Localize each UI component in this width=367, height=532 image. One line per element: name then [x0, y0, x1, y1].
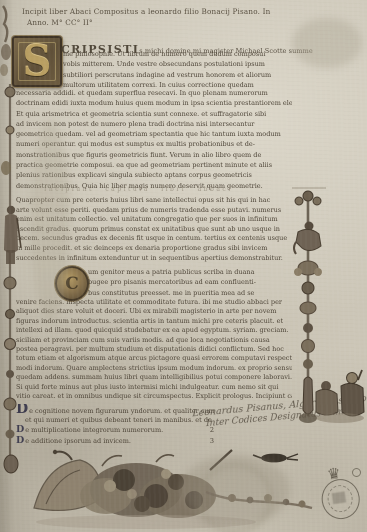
text-line: bus constitutus preesset. me in pueritia…	[88, 288, 290, 298]
text-line: Et quia arismetrica et geometria scienti…	[16, 109, 292, 119]
text-line: arte volunt esse periti. quedam prius de…	[16, 206, 292, 216]
text-line: ad invicem non potest de numero plena tr…	[16, 119, 292, 129]
text-line: intellexi ad illam. quod quicquid studeb…	[16, 326, 292, 335]
decorated-initial-c-icon: C	[55, 266, 89, 301]
initial-letter-s: S	[23, 41, 52, 83]
seated-figures-icon	[312, 368, 367, 426]
text-line: geometrica quedam. vel ad geometriam spe…	[16, 129, 292, 139]
text-line: aliquot dies stare voluit et doceri. Ubi…	[16, 307, 292, 316]
incipit-line-2: Anno. M° CC° II°	[27, 18, 93, 27]
left-margin-ornament-icon	[0, 78, 28, 478]
numbers-paragraph: Quapropter cum pre ceteris huius libri s…	[16, 196, 292, 263]
bas-de-page-foliage-icon	[6, 446, 318, 530]
autobiography-full-lines: venire faciens. inspecta utilitate et co…	[16, 298, 292, 401]
prologue-full-lines: necessaria addidi. et quedam superflua r…	[16, 88, 292, 191]
chapter-label: et qui numeri et quibus debeant teneri i…	[25, 415, 214, 426]
text-line: subtiliori perscrutans indagine ad vestr…	[63, 70, 289, 80]
text-line: me philosophie. Ut librum de numero quem…	[63, 49, 289, 59]
chapter-label: e multiplicatione integrorum numerorum.	[25, 425, 163, 436]
incipit-line-1: Incipit liber Abaci Compositus a leonard…	[22, 7, 271, 16]
chapter-row: D e cognitione novem figurarum yndorum. …	[16, 404, 214, 415]
chapter-label: e additione ipsorum ad invicem.	[25, 436, 131, 447]
text-line: necessaria addidi. et quedam superflua r…	[16, 88, 292, 98]
chapter-list: D e cognitione novem figurarum yndorum. …	[16, 404, 214, 446]
text-line: vitio careat. et in omnibus undique sit …	[16, 392, 292, 401]
autobiography-indented-lines: um genitor meus a patria publicus scriba…	[88, 267, 290, 298]
text-line: decem. secundus gradus ex decenis fit us…	[16, 234, 292, 244]
text-line: venire faciens. inspecta utilitate et co…	[16, 298, 292, 307]
chapter-row: D e multiplicatione integrorum numerorum…	[16, 425, 214, 436]
text-line: totum etiam et algorismum atque arcus pi…	[16, 354, 292, 363]
chapter-row: et qui numeri et quibus debeant teneri i…	[16, 415, 214, 426]
text-line: ascendit gradus. quorum primus constat e…	[16, 225, 292, 235]
text-line: plenius rationibus explicavi singula sub…	[16, 170, 292, 180]
prologue-indented-lines: me philosophie. Ut librum de numero quem…	[63, 49, 289, 90]
text-line: quedam addens. summam huius libri quam i…	[16, 373, 292, 382]
text-line: vobis mitterem. Unde vestre obsecundans …	[63, 59, 289, 69]
text-line: bugee pro pisanis mercatoribus ad eam co…	[88, 277, 290, 287]
text-line: postea peragravi. per multum studium et …	[16, 345, 292, 354]
manuscript-page: Incipit liber Abaci Compositus a leonard…	[0, 0, 367, 532]
small-circle-mark-icon	[352, 468, 361, 477]
faded-rubric: Incipiunt capitula libri abbaci	[44, 186, 233, 193]
text-line: modi indorum. Quare amplectens strictius…	[16, 364, 292, 373]
text-line: figuras indorum introductus. scientia ar…	[16, 317, 292, 326]
text-line: practica geometrie composui. ea que ad g…	[16, 160, 292, 170]
text-line: enim est unitatum collectio. vel unitatu…	[16, 215, 292, 225]
text-line: siciliam et provinciam cum suis variis m…	[16, 336, 292, 345]
text-line: um genitor meus a patria publicus scriba…	[88, 267, 290, 277]
binding-edge-marks-icon	[0, 0, 20, 80]
text-line: monstrationibus que figuris geometricis …	[16, 150, 292, 160]
text-line: numeri operantur. qui modus est sumptus …	[16, 139, 292, 149]
text-line: succedentes in infinitum extenduntur ut …	[16, 254, 292, 264]
text-line: doctrinam edidi iuxta modum huius quem m…	[16, 98, 292, 108]
stamp-center	[332, 491, 346, 504]
initial-letter-c: C	[65, 274, 79, 294]
text-line: Quapropter cum pre ceteris huius libri s…	[16, 196, 292, 206]
chapter-number: 3	[206, 436, 214, 447]
text-line: Si quid forte minus aut plus iusto inter…	[16, 383, 292, 392]
chapter-label: e cognitione novem figurarum yndorum. et…	[29, 406, 214, 415]
text-line: in mille procedit. et sic deinceps ex de…	[16, 244, 292, 254]
chapter-row: D e additione ipsorum ad invicem. 3	[16, 436, 214, 447]
